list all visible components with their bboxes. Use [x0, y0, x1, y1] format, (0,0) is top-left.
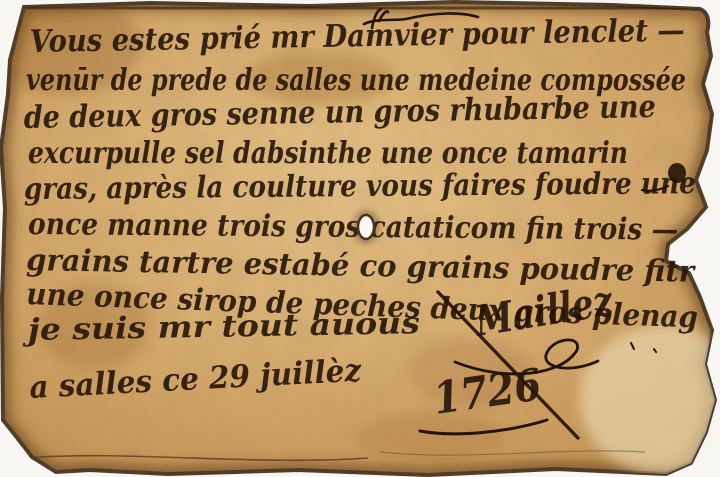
stain: [355, 412, 505, 464]
paper-hole: [358, 215, 374, 239]
manuscript-closing: je suis mr tout auous: [22, 306, 420, 348]
ink-blot: [668, 163, 686, 183]
manuscript-photo: Vous estes prié mr Damvier pour lenclet …: [0, 0, 720, 477]
top-edge-shadow: [24, 7, 700, 9]
manuscript-line-5: gras, après la coulture vous faires foud…: [24, 166, 696, 207]
manuscript-line-4: excurpulle sel dabsinthe une once tamari…: [28, 136, 628, 171]
manuscript-image: Vous estes prié mr Damvier pour lenclet …: [0, 0, 720, 477]
